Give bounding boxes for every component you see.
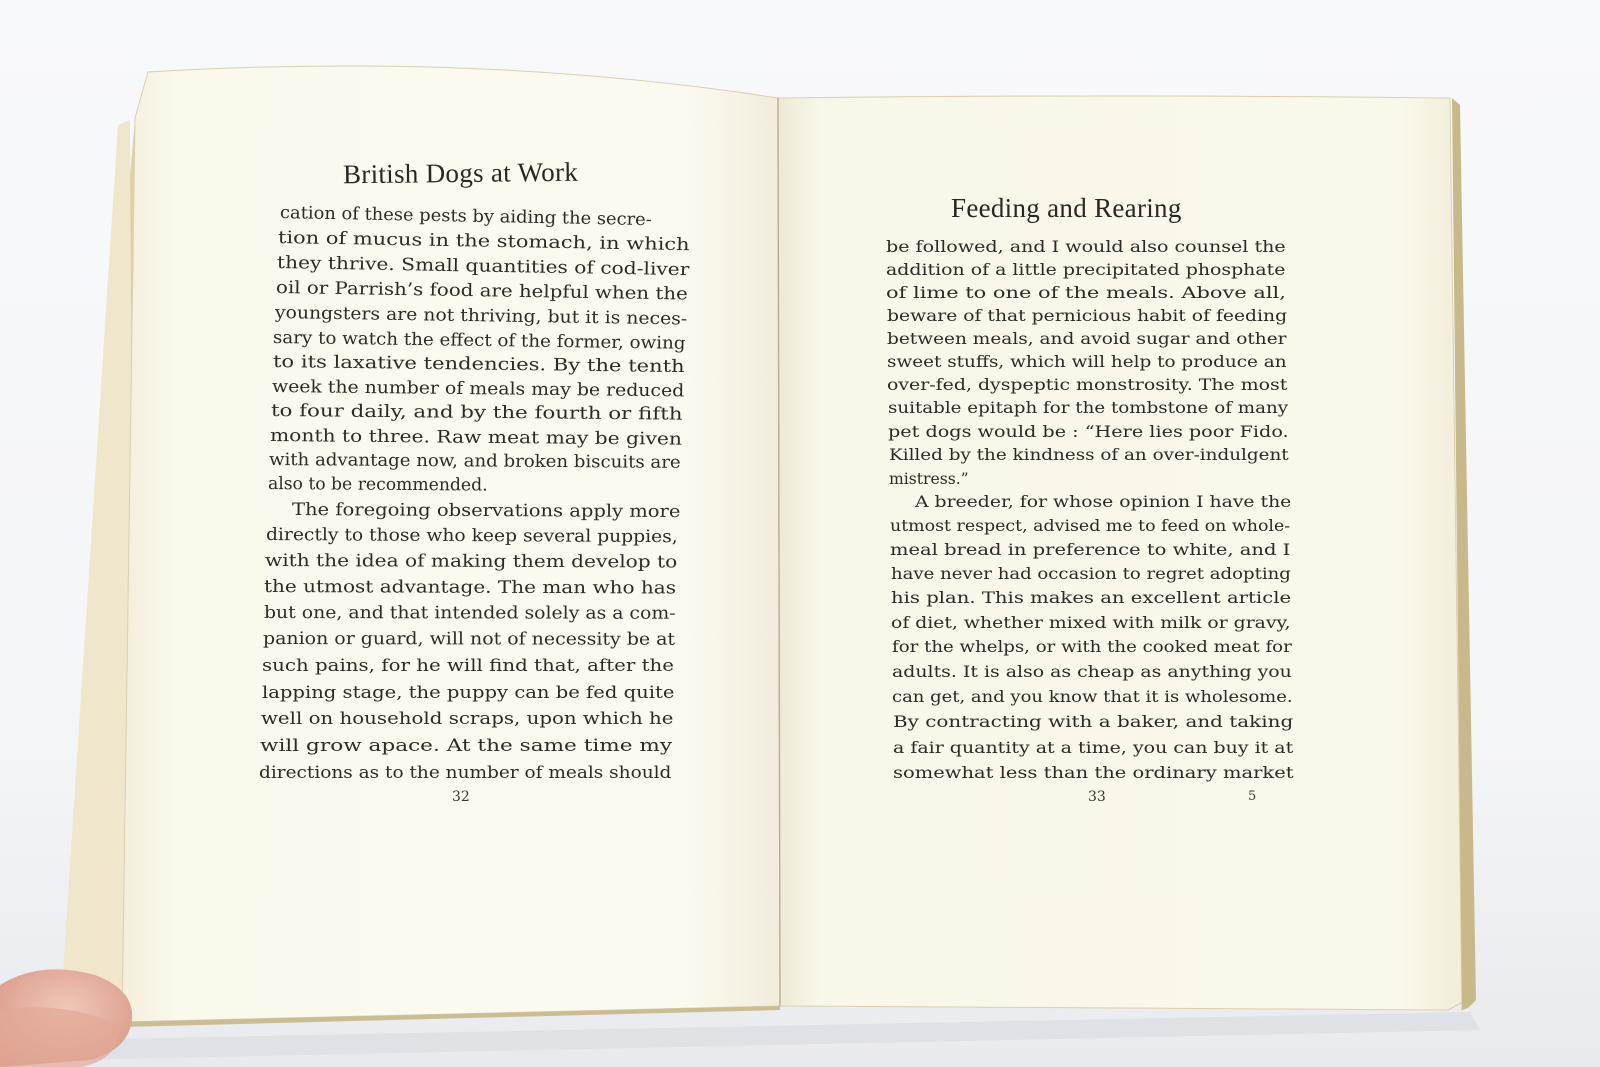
text-line: suitable epitaph for the tombstone of ma… (888, 399, 1288, 417)
text-line: be followed, and I would also counsel th… (886, 238, 1286, 256)
text-line: a fair quantity at a time, you can buy i… (893, 739, 1293, 757)
text-line: of diet, whether mixed with milk or grav… (891, 614, 1291, 632)
text-line: his plan. This makes an excellent articl… (891, 589, 1291, 607)
text-line: Killed by the kindness of an over-indulg… (889, 446, 1289, 464)
text-line: beware of that pernicious habit of feedi… (887, 307, 1287, 325)
running-head-right: Feeding and Rearing (951, 193, 1182, 224)
text-line: mistress.” (889, 470, 969, 488)
page-number-right: 33 (1088, 789, 1106, 805)
text-line: addition of a little precipitated phosph… (886, 261, 1285, 279)
photo-background: British Dogs at Work cation of these pes… (0, 0, 1600, 1067)
text-line: have never had occasion to regret adopti… (891, 565, 1291, 583)
text-line: for the whelps, or with the cooked meat … (892, 638, 1292, 656)
text-line: can get, and you know that it is wholeso… (892, 688, 1293, 706)
text-line: A breeder, for whose opinion I have the (915, 493, 1291, 511)
text-line: utmost respect, advised me to feed on wh… (890, 517, 1290, 535)
text-line: somewhat less than the ordinary market (893, 764, 1294, 782)
text-line: over-fed, dyspeptic monstrosity. The mos… (887, 376, 1287, 394)
text-line: pet dogs would be : “Here lies poor Fido… (888, 423, 1289, 441)
text-line: adults. It is also as cheap as anything … (892, 663, 1292, 681)
text-line: between meals, and avoid sugar and other (887, 330, 1287, 348)
text-line: of lime to one of the meals. Above all, (886, 284, 1286, 302)
text-line: By contracting with a baker, and taking (893, 713, 1293, 731)
text-line: meal bread in preference to white, and I (890, 541, 1290, 559)
signature-mark: 5 (1248, 789, 1256, 804)
right-page: Feeding and Rearing be followed, and I w… (0, 0, 1600, 1067)
text-line: sweet stuffs, which will help to produce… (887, 353, 1287, 371)
